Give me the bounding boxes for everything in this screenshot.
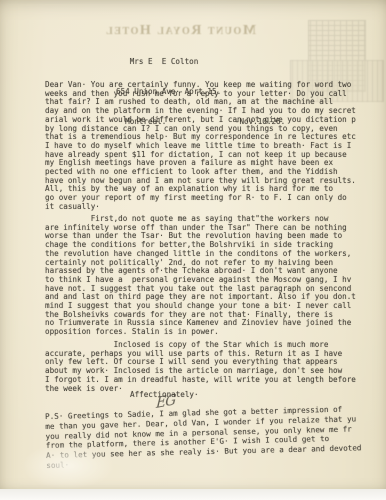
paper-stain (22, 443, 114, 489)
letter-paper: Mount Royal Hotel Mrs E E Colton 654 Uni… (0, 0, 386, 489)
letter-paragraph-3: Inclosed is copy of the Star which is mu… (45, 341, 356, 393)
scanned-letter: Mount Royal Hotel Mrs E E Colton 654 Uni… (0, 0, 386, 500)
letter-paragraph-1: Dear Van· You are certainly funny. You k… (45, 81, 356, 212)
recipient-name: Mrs E E Colton (116, 57, 285, 67)
letter-paragraph-2: First,do not quote me as saying that"the… (45, 215, 356, 337)
scanner-background (0, 489, 386, 500)
